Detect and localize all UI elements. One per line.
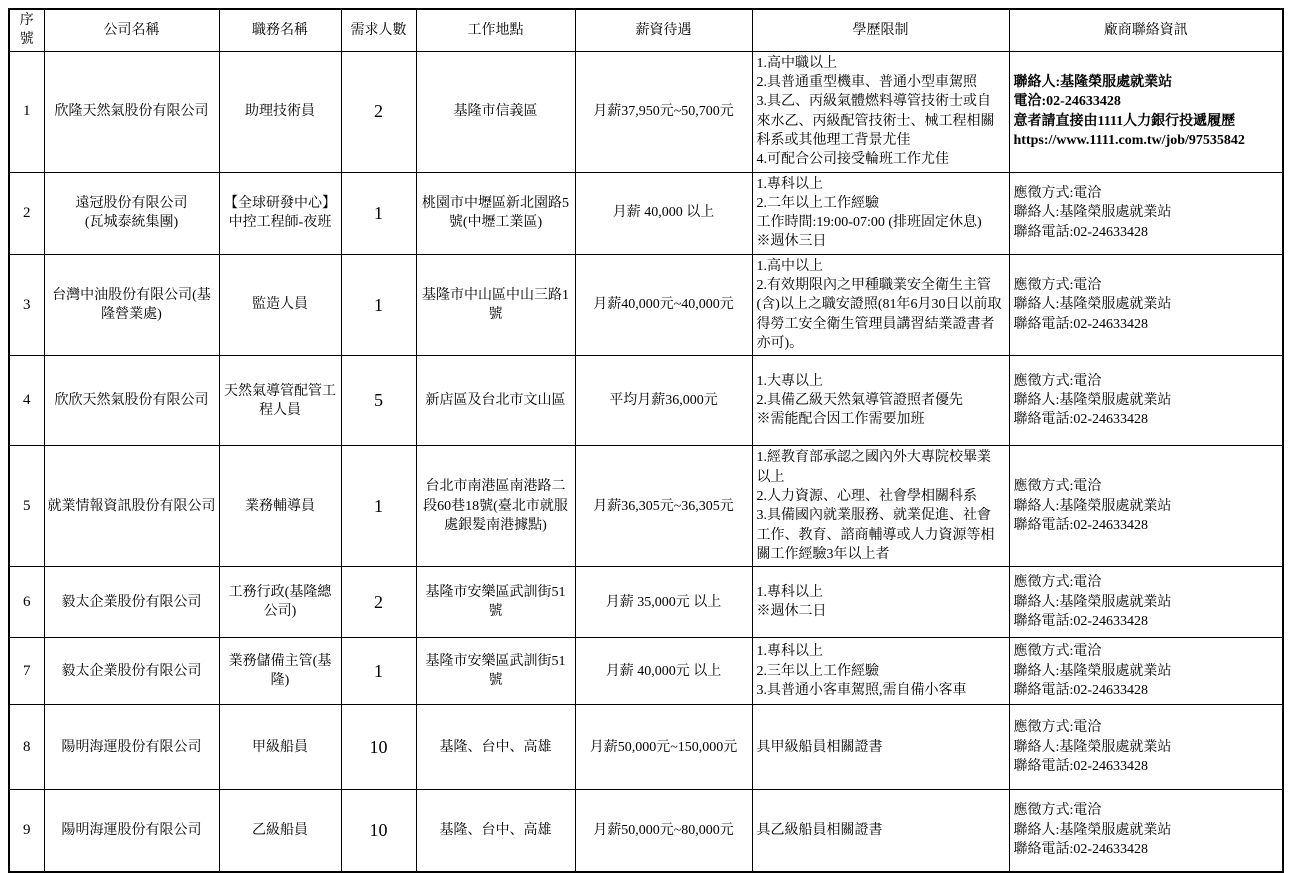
cell-education: 1.專科以上 2.二年以上工作經驗 工作時間:19:00-07:00 (排班固定… bbox=[752, 172, 1009, 254]
cell-company: 遠冠股份有限公司 (瓦城泰統集團) bbox=[44, 172, 219, 254]
table-header: 序號 公司名稱 職務名稱 需求人數 工作地點 薪資待遇 學歷限制 廠商聯絡資訊 bbox=[9, 9, 1283, 51]
cell-contact: 應徵方式:電洽 聯絡人:基隆榮服處就業站 聯絡電話:02-24633428 bbox=[1009, 790, 1283, 872]
cell-salary: 平均月薪36,000元 bbox=[575, 356, 752, 446]
cell-salary: 月薪 40,000 以上 bbox=[575, 172, 752, 254]
cell-company: 陽明海運股份有限公司 bbox=[44, 705, 219, 790]
cell-location: 桃園市中壢區新北園路5號(中壢工業區) bbox=[416, 172, 575, 254]
table-row: 9 陽明海運股份有限公司 乙級船員 10 基隆、台中、高雄 月薪50,000元~… bbox=[9, 790, 1283, 872]
cell-company: 毅太企業股份有限公司 bbox=[44, 567, 219, 638]
cell-headcount: 1 bbox=[341, 638, 416, 705]
cell-company: 欣欣天然氣股份有限公司 bbox=[44, 356, 219, 446]
cell-contact: 應徵方式:電洽 聯絡人:基隆榮服處就業站 聯絡電話:02-24633428 bbox=[1009, 356, 1283, 446]
cell-education: 1.專科以上 2.三年以上工作經驗 3.具普通小客車駕照,需自備小客車 bbox=[752, 638, 1009, 705]
cell-salary: 月薪50,000元~80,000元 bbox=[575, 790, 752, 872]
table-row: 2 遠冠股份有限公司 (瓦城泰統集團) 【全球研發中心】 中控工程師-夜班 1 … bbox=[9, 172, 1283, 254]
cell-headcount: 10 bbox=[341, 705, 416, 790]
cell-salary: 月薪37,950元~50,700元 bbox=[575, 51, 752, 172]
cell-salary: 月薪 40,000元 以上 bbox=[575, 638, 752, 705]
column-header-location: 工作地點 bbox=[416, 9, 575, 51]
cell-headcount: 2 bbox=[341, 567, 416, 638]
cell-contact: 應徵方式:電洽 聯絡人:基隆榮服處就業站 聯絡電話:02-24633428 bbox=[1009, 567, 1283, 638]
column-header-salary: 薪資待遇 bbox=[575, 9, 752, 51]
cell-seq: 1 bbox=[9, 51, 44, 172]
cell-contact: 聯絡人:基隆榮服處就業站 電洽:02-24633428 意者請直接由1111人力… bbox=[1009, 51, 1283, 172]
cell-seq: 3 bbox=[9, 254, 44, 356]
cell-salary: 月薪50,000元~150,000元 bbox=[575, 705, 752, 790]
cell-job-title: 監造人員 bbox=[219, 254, 341, 356]
cell-job-title: 天然氣導管配管工程人員 bbox=[219, 356, 341, 446]
cell-job-title: 工務行政(基隆總公司) bbox=[219, 567, 341, 638]
cell-seq: 2 bbox=[9, 172, 44, 254]
cell-seq: 6 bbox=[9, 567, 44, 638]
cell-contact: 應徵方式:電洽 聯絡人:基隆榮服處就業站 聯絡電話:02-24633428 bbox=[1009, 172, 1283, 254]
cell-contact: 應徵方式:電洽 聯絡人:基隆榮服處就業站 聯絡電話:02-24633428 bbox=[1009, 446, 1283, 567]
cell-company: 台灣中油股份有限公司(基隆營業處) bbox=[44, 254, 219, 356]
table-row: 3 台灣中油股份有限公司(基隆營業處) 監造人員 1 基隆市中山區中山三路1號 … bbox=[9, 254, 1283, 356]
cell-job-title: 甲級船員 bbox=[219, 705, 341, 790]
cell-job-title: 【全球研發中心】 中控工程師-夜班 bbox=[219, 172, 341, 254]
column-header-job: 職務名稱 bbox=[219, 9, 341, 51]
cell-headcount: 10 bbox=[341, 790, 416, 872]
cell-seq: 7 bbox=[9, 638, 44, 705]
column-header-company: 公司名稱 bbox=[44, 9, 219, 51]
cell-headcount: 2 bbox=[341, 51, 416, 172]
table-row: 6 毅太企業股份有限公司 工務行政(基隆總公司) 2 基隆市安樂區武訓街51號 … bbox=[9, 567, 1283, 638]
table-row: 1 欣隆天然氣股份有限公司 助理技術員 2 基隆市信義區 月薪37,950元~5… bbox=[9, 51, 1283, 172]
table-row: 4 欣欣天然氣股份有限公司 天然氣導管配管工程人員 5 新店區及台北市文山區 平… bbox=[9, 356, 1283, 446]
cell-seq: 4 bbox=[9, 356, 44, 446]
cell-job-title: 乙級船員 bbox=[219, 790, 341, 872]
table-row: 5 就業情報資訊股份有限公司 業務輔導員 1 台北市南港區南港路二段60巷18號… bbox=[9, 446, 1283, 567]
header-row: 序號 公司名稱 職務名稱 需求人數 工作地點 薪資待遇 學歷限制 廠商聯絡資訊 bbox=[9, 9, 1283, 51]
cell-headcount: 5 bbox=[341, 356, 416, 446]
cell-education: 具甲級船員相關證書 bbox=[752, 705, 1009, 790]
cell-company: 就業情報資訊股份有限公司 bbox=[44, 446, 219, 567]
cell-education: 1.專科以上 ※週休二日 bbox=[752, 567, 1009, 638]
cell-contact: 應徵方式:電洽 聯絡人:基隆榮服處就業站 聯絡電話:02-24633428 bbox=[1009, 705, 1283, 790]
cell-job-title: 業務輔導員 bbox=[219, 446, 341, 567]
cell-job-title: 業務儲備主管(基隆) bbox=[219, 638, 341, 705]
cell-location: 基隆、台中、高雄 bbox=[416, 790, 575, 872]
column-header-contact: 廠商聯絡資訊 bbox=[1009, 9, 1283, 51]
cell-education: 具乙級船員相關證書 bbox=[752, 790, 1009, 872]
table-row: 7 毅太企業股份有限公司 業務儲備主管(基隆) 1 基隆市安樂區武訓街51號 月… bbox=[9, 638, 1283, 705]
cell-contact: 應徵方式:電洽 聯絡人:基隆榮服處就業站 聯絡電話:02-24633428 bbox=[1009, 254, 1283, 356]
job-listing-table: 序號 公司名稱 職務名稱 需求人數 工作地點 薪資待遇 學歷限制 廠商聯絡資訊 … bbox=[8, 8, 1284, 873]
cell-location: 基隆市信義區 bbox=[416, 51, 575, 172]
cell-salary: 月薪 35,000元 以上 bbox=[575, 567, 752, 638]
document-page: 序號 公司名稱 職務名稱 需求人數 工作地點 薪資待遇 學歷限制 廠商聯絡資訊 … bbox=[0, 0, 1291, 840]
table-row: 8 陽明海運股份有限公司 甲級船員 10 基隆、台中、高雄 月薪50,000元~… bbox=[9, 705, 1283, 790]
column-header-headcount: 需求人數 bbox=[341, 9, 416, 51]
cell-education: 1.高中以上 2.有效期限內之甲種職業安全衛生主管(含)以上之職安證照(81年6… bbox=[752, 254, 1009, 356]
cell-location: 基隆市安樂區武訓街51號 bbox=[416, 567, 575, 638]
cell-headcount: 1 bbox=[341, 254, 416, 356]
cell-headcount: 1 bbox=[341, 446, 416, 567]
cell-company: 毅太企業股份有限公司 bbox=[44, 638, 219, 705]
column-header-seq: 序號 bbox=[9, 9, 44, 51]
cell-company: 陽明海運股份有限公司 bbox=[44, 790, 219, 872]
cell-headcount: 1 bbox=[341, 172, 416, 254]
cell-salary: 月薪36,305元~36,305元 bbox=[575, 446, 752, 567]
cell-education: 1.經教育部承認之國內外大專院校畢業以上 2.人力資源、心理、社會學相關科系 3… bbox=[752, 446, 1009, 567]
cell-seq: 5 bbox=[9, 446, 44, 567]
cell-education: 1.高中職以上 2.具普通重型機車、普通小型車駕照 3.具乙、丙級氣體燃料導管技… bbox=[752, 51, 1009, 172]
column-header-education: 學歷限制 bbox=[752, 9, 1009, 51]
cell-contact: 應徵方式:電洽 聯絡人:基隆榮服處就業站 聯絡電話:02-24633428 bbox=[1009, 638, 1283, 705]
cell-location: 基隆市安樂區武訓街51號 bbox=[416, 638, 575, 705]
cell-seq: 9 bbox=[9, 790, 44, 872]
cell-seq: 8 bbox=[9, 705, 44, 790]
cell-education: 1.大專以上 2.具備乙級天然氣導管證照者優先 ※需能配合因工作需要加班 bbox=[752, 356, 1009, 446]
cell-location: 基隆、台中、高雄 bbox=[416, 705, 575, 790]
cell-location: 新店區及台北市文山區 bbox=[416, 356, 575, 446]
cell-location: 台北市南港區南港路二段60巷18號(臺北市就服處銀髮南港據點) bbox=[416, 446, 575, 567]
job-table-body: 1 欣隆天然氣股份有限公司 助理技術員 2 基隆市信義區 月薪37,950元~5… bbox=[9, 51, 1283, 872]
cell-location: 基隆市中山區中山三路1號 bbox=[416, 254, 575, 356]
cell-salary: 月薪40,000元~40,000元 bbox=[575, 254, 752, 356]
cell-job-title: 助理技術員 bbox=[219, 51, 341, 172]
cell-company: 欣隆天然氣股份有限公司 bbox=[44, 51, 219, 172]
